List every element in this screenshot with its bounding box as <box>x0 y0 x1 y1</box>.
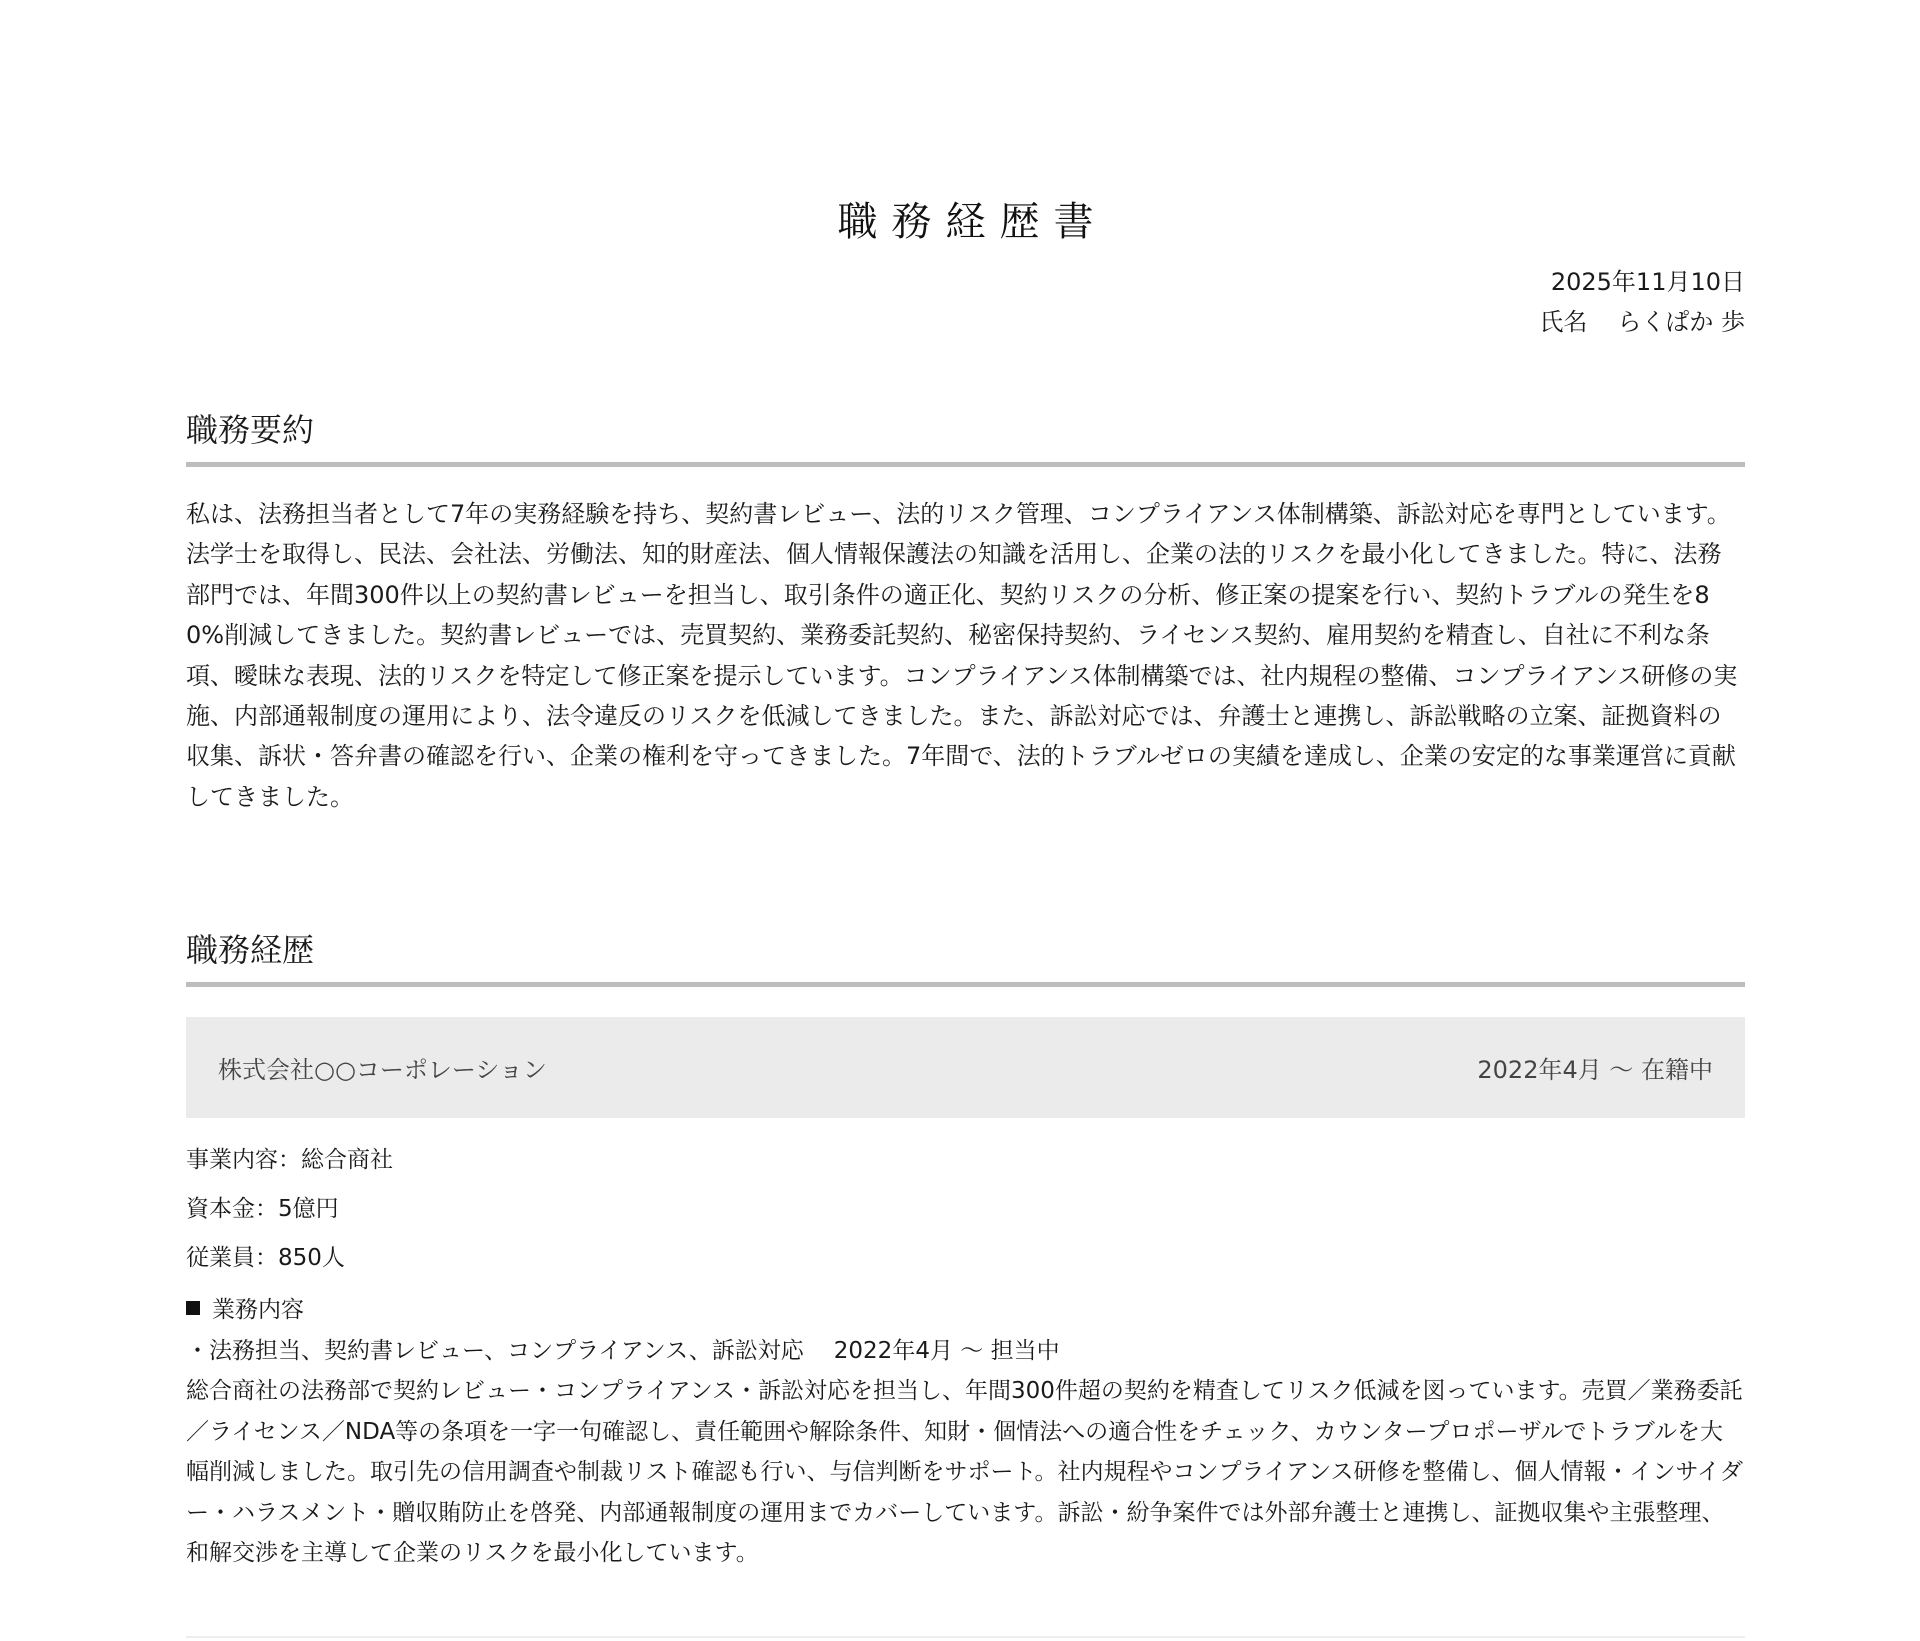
career-heading: 職務経歴 <box>186 928 1745 987</box>
duties-heading: 業務内容 <box>186 1290 1745 1331</box>
name-label: 氏名 <box>1539 308 1587 336</box>
document-title: 職務経歴書 <box>186 190 1745 247</box>
duty-item-title: ・法務担当、契約書レビュー、コンプライアンス、訴訟対応 <box>186 1338 804 1364</box>
duty-item-title-row: ・法務担当、契約書レビュー、コンプライアンス、訴訟対応2022年4月 〜 担当中 <box>186 1331 1745 1372</box>
duties-section: 業務内容 ・法務担当、契約書レビュー、コンプライアンス、訴訟対応2022年4月 … <box>186 1290 1745 1574</box>
company-details: 事業内容：総合商社 資本金：5億円 従業員：850人 <box>186 1136 393 1283</box>
duties-heading-label: 業務内容 <box>212 1297 304 1323</box>
company-name: 株式会社○○コーポレーション <box>218 1050 547 1085</box>
summary-heading: 職務要約 <box>186 408 1745 467</box>
company-employees: 従業員：850人 <box>186 1234 393 1283</box>
company-header: 株式会社○○コーポレーション 2022年4月 〜 在籍中 <box>186 1017 1745 1118</box>
duty-item-description: 総合商社の法務部で契約レビュー・コンプライアンス・訴訟対応を担当し、年間300件… <box>186 1371 1745 1574</box>
square-bullet-icon <box>186 1301 200 1315</box>
duty-item-period: 2022年4月 〜 担当中 <box>834 1338 1060 1364</box>
company-period: 2022年4月 〜 在籍中 <box>1477 1050 1713 1085</box>
section-divider <box>186 1636 1745 1638</box>
document-date: 2025年11月10日 <box>1539 262 1745 302</box>
company-capital: 資本金：5億円 <box>186 1185 393 1234</box>
name-value: らくぱか 歩 <box>1617 308 1745 336</box>
name-row: 氏名らくぱか 歩 <box>1539 302 1745 342</box>
company-business: 事業内容：総合商社 <box>186 1136 393 1185</box>
document-meta: 2025年11月10日 氏名らくぱか 歩 <box>1539 262 1745 342</box>
summary-text: 私は、法務担当者として7年の実務経験を持ち、契約書レビュー、法的リスク管理、コン… <box>186 494 1745 817</box>
